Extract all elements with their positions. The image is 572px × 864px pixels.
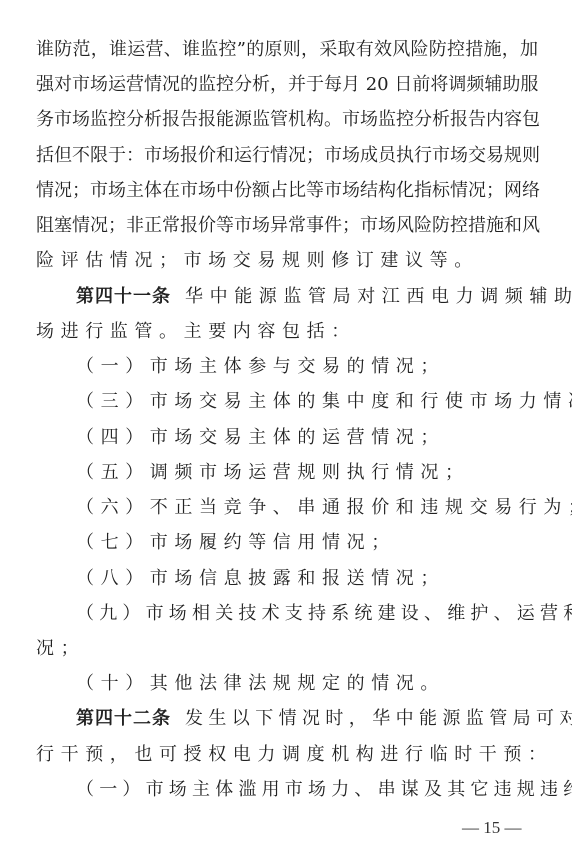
list-item: （三）市场交易主体的集中度和行使市场力情况； (36, 384, 538, 419)
article-41-text: 华中能源监管局对江西电力调频辅助服务市 (185, 286, 572, 307)
text-line: 行干预，也可授权电力调度机构进行临时干预： (36, 737, 538, 772)
text-line: 谁防范，谁运营、谁监控”的原则，采取有效风险防控措施，加 (36, 32, 538, 67)
list-item: （十）其他法律法规规定的情况。 (36, 666, 538, 701)
text-line: 务市场监控分析报告报能源监管机构。市场监控分析报告内容包 (36, 102, 538, 137)
list-item-continuation: 况； (36, 631, 538, 666)
article-42-first-line: 第四十二条发生以下情况时，华中能源监管局可对市场进 (36, 701, 538, 736)
article-41-first-line: 第四十一条华中能源监管局对江西电力调频辅助服务市 (36, 279, 538, 314)
text-line: 括但不限于：市场报价和运行情况；市场成员执行市场交易规则 (36, 138, 538, 173)
continuation-paragraph: 谁防范，谁运营、谁监控”的原则，采取有效风险防控措施，加 强对市场运营情况的监控… (36, 32, 538, 279)
list-item: （八）市场信息披露和报送情况； (36, 561, 538, 596)
list-item: （一）市场主体滥用市场力、串谋及其它违规违约等情况导 (36, 772, 538, 807)
article-41-heading: 第四十一条 (76, 286, 171, 307)
text-line: 场进行监管。主要内容包括： (36, 314, 538, 349)
list-item: （六）不正当竞争、串通报价和违规交易行为； (36, 490, 538, 525)
article-42: 第四十二条发生以下情况时，华中能源监管局可对市场进 行干预，也可授权电力调度机构… (36, 701, 538, 807)
list-item: （五）调频市场运营规则执行情况； (36, 455, 538, 490)
list-item: （四）市场交易主体的运营情况； (36, 420, 538, 455)
article-42-heading: 第四十二条 (76, 708, 171, 729)
text-line: 情况；市场主体在市场中份额占比等市场结构化指标情况；网络 (36, 173, 538, 208)
text-line: 险评估情况；市场交易规则修订建议等。 (36, 243, 538, 278)
document-page: 谁防范，谁运营、谁监控”的原则，采取有效风险防控措施，加 强对市场运营情况的监控… (36, 32, 538, 807)
page-number: — 15 — (462, 818, 522, 838)
text-line: 阻塞情况；非正常报价等市场异常事件；市场风险防控措施和风 (36, 208, 538, 243)
article-42-text: 发生以下情况时，华中能源监管局可对市场进 (185, 708, 572, 729)
list-item: （九）市场相关技术支持系统建设、维护、运营和管理的情 (36, 596, 538, 631)
list-item: （七）市场履约等信用情况； (36, 525, 538, 560)
text-line: 强对市场运营情况的监控分析，并于每月 20 日前将调频辅助服 (36, 67, 538, 102)
article-41: 第四十一条华中能源监管局对江西电力调频辅助服务市 场进行监管。主要内容包括： （… (36, 279, 538, 702)
list-item: （一）市场主体参与交易的情况； (36, 349, 538, 384)
